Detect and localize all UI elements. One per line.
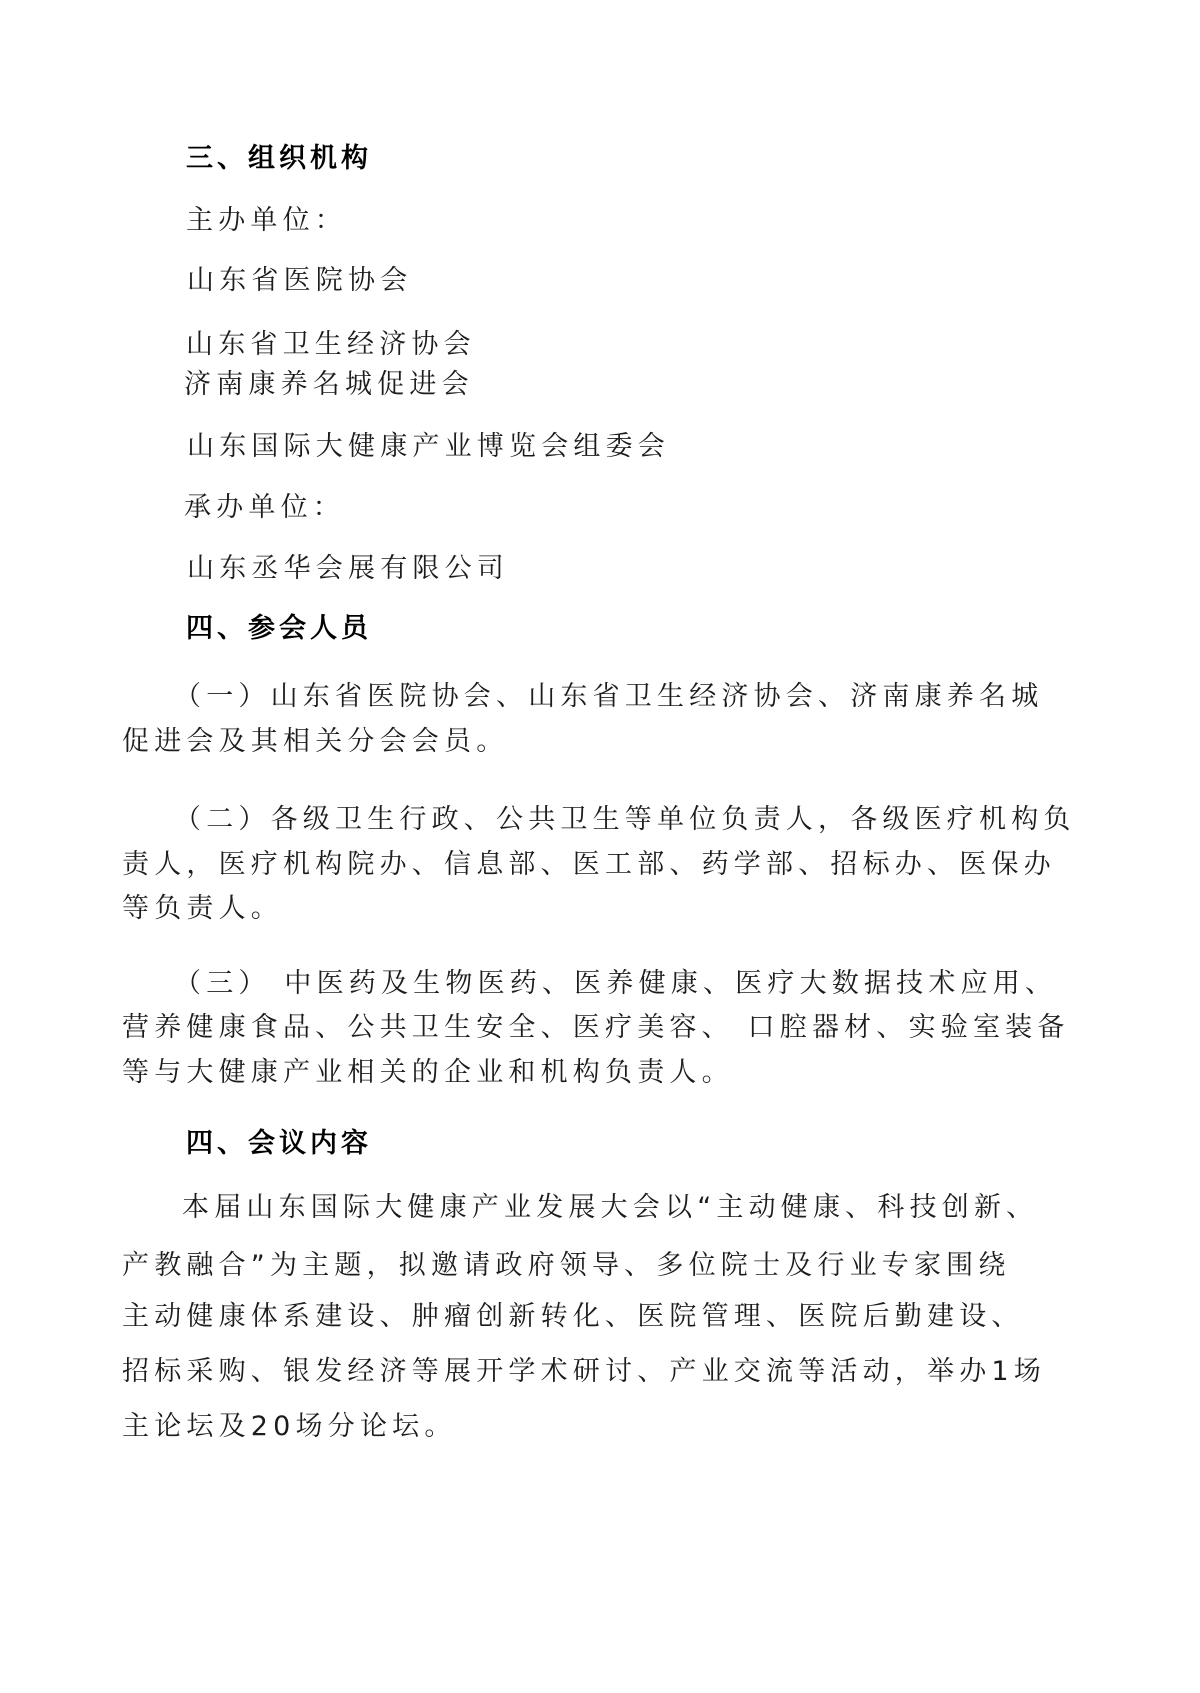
organizer-item: 山东丞华会展有限公司 <box>187 553 509 585</box>
participant-item-line: 促进会及其相关分会会员。 <box>122 726 508 758</box>
participant-item-line: （三） 中医药及生物医药、医养健康、医疗大数据技术应用、 <box>174 968 1057 1000</box>
organizer-label: 承办单位： <box>184 492 345 524</box>
host-item: 山东省卫生经济协会 <box>186 329 476 361</box>
participant-item-line: （一）山东省医院协会、山东省卫生经济协会、济南康养名城 <box>174 681 1043 713</box>
host-item: 山东省医院协会 <box>187 265 412 297</box>
document-page: 三、组织机构 主办单位： 山东省医院协会 山东省卫生经济协会 济南康养名城促进会… <box>0 0 1200 1693</box>
participant-item-line: 等与大健康产业相关的企业和机构负责人。 <box>122 1057 734 1089</box>
participant-item-line: 等负责人。 <box>122 893 283 925</box>
host-label: 主办单位： <box>186 205 347 237</box>
content-paragraph-line: 本届山东国际大健康产业发展大会以“主动健康、科技创新、 <box>182 1192 1038 1224</box>
content-paragraph-line: 主论坛及20场分论坛。 <box>122 1411 457 1443</box>
participant-item-line: （二）各级卫生行政、公共卫生等单位负责人，各级医疗机构负 <box>174 804 1076 836</box>
participant-item-line: 责人，医疗机构院办、信息部、医工部、药学部、招标办、医保办 <box>122 849 1056 881</box>
host-item: 济南康养名城促进会 <box>184 369 474 401</box>
content-paragraph-line: 产教融合”为主题，拟邀请政府领导、多位院士及行业专家围绕 <box>122 1250 1011 1282</box>
host-item: 山东国际大健康产业博览会组委会 <box>187 431 670 463</box>
content-paragraph-line: 主动健康体系建设、肿瘤创新转化、医院管理、医院后勤建设、 <box>122 1301 1024 1333</box>
section-heading-organization: 三、组织机构 <box>186 143 372 175</box>
participant-item-line: 营养健康食品、公共卫生安全、医疗美容、 口腔器材、实验室装备 <box>122 1012 1070 1044</box>
content-paragraph-line: 招标采购、银发经济等展开学术研讨、产业交流等活动，举办1场 <box>122 1356 1046 1388</box>
section-heading-participants: 四、参会人员 <box>186 613 372 645</box>
section-heading-meeting-content: 四、会议内容 <box>186 1128 372 1160</box>
